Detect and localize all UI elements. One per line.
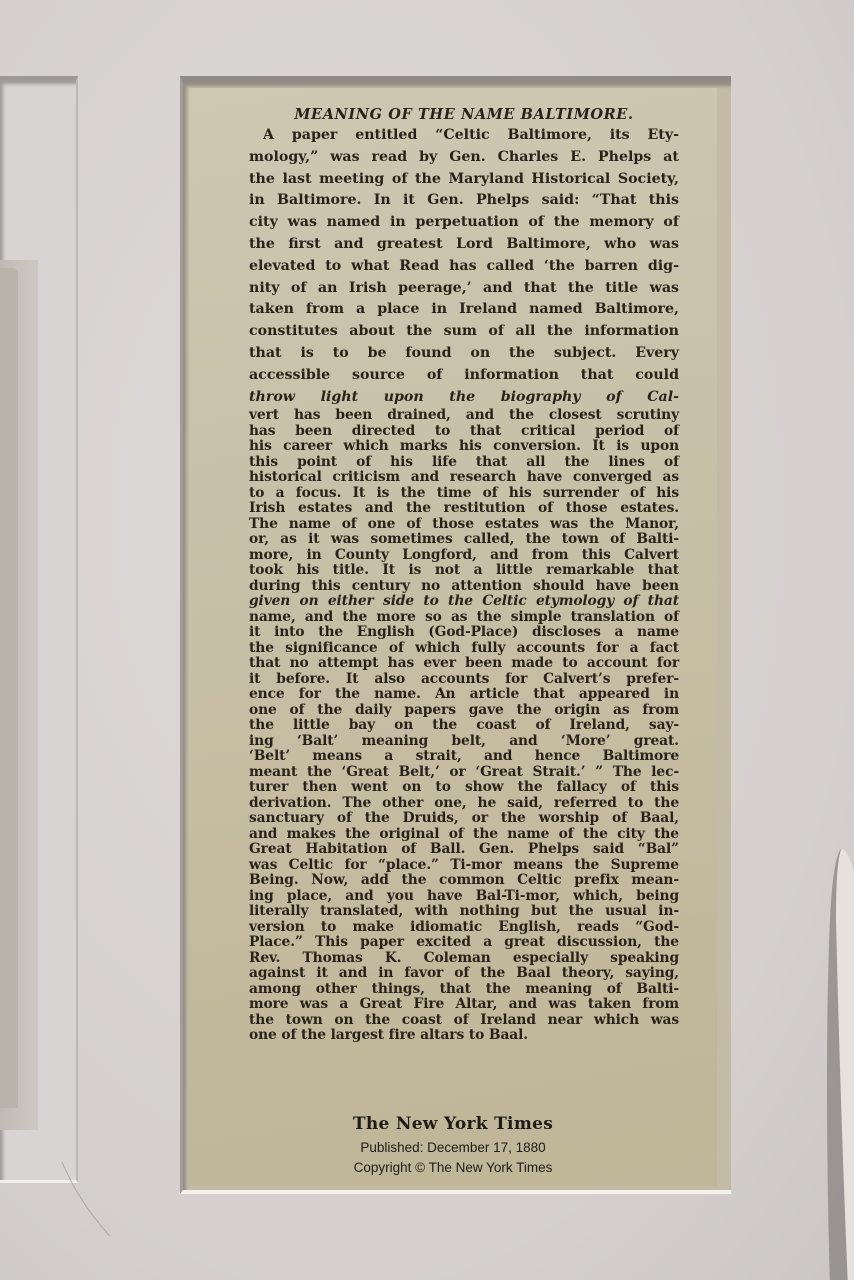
- article-line: one of the largest fire altars to Baal.: [249, 1028, 679, 1044]
- article-line: took his title. It is not a little remar…: [249, 563, 679, 579]
- article-line: constitutes about the sum of all the inf…: [249, 321, 679, 343]
- article-line: the last meeting of the Maryland Histori…: [249, 169, 679, 191]
- article-line: name, and the more so as the simple tran…: [249, 610, 679, 626]
- article-line: turer then went on to show the fallacy o…: [249, 780, 679, 796]
- article-line: his career which marks his conversion. I…: [249, 439, 679, 455]
- article-line: it before. It also accounts for Calvert’…: [249, 672, 679, 688]
- article-line: has been directed to that critical perio…: [249, 424, 679, 440]
- article-line: historical criticism and research have c…: [249, 470, 679, 486]
- article-line: against it and in favor of the Baal theo…: [249, 966, 679, 982]
- article-line: this point of his life that all the line…: [249, 455, 679, 471]
- article-line: ence for the name. An article that appea…: [249, 687, 679, 703]
- article-line: city was named in perpetuation of the me…: [249, 212, 679, 234]
- ornament-edge-icon: [826, 848, 854, 1280]
- article-line: the little bay on the coast of Ireland, …: [249, 718, 679, 734]
- article-line: the significance of which fully accounts…: [249, 641, 679, 657]
- published-date: Published: December 17, 1880: [189, 1140, 717, 1155]
- article-line: in Baltimore. In it Gen. Phelps said: “T…: [249, 190, 679, 212]
- article-line: one of the daily papers gave the origin …: [249, 703, 679, 719]
- article-line: sanctuary of the Druids, or the worship …: [249, 811, 679, 827]
- article-line: nity of an Irish peerage,’ and that the …: [249, 278, 679, 300]
- article-mat-window: MEANING OF THE NAME BALTIMORE. A paper e…: [180, 76, 731, 1194]
- article-line: more was a Great Fire Altar, and was tak…: [249, 997, 679, 1013]
- article-line: elevated to what Read has called ‘the ba…: [249, 256, 679, 278]
- article-line: The name of one of those estates was the…: [249, 517, 679, 533]
- article-line: and makes the original of the name of th…: [249, 827, 679, 843]
- left-mat-window: [0, 76, 78, 1183]
- article-line: the town on the coast of Ireland near wh…: [249, 1013, 679, 1029]
- mat-scuff-mark: [60, 1160, 120, 1240]
- article-line: A paper entitled “Celtic Baltimore, its …: [249, 125, 679, 147]
- article-line: mology,” was read by Gen. Charles E. Phe…: [249, 147, 679, 169]
- adjacent-print-image: [0, 268, 18, 1108]
- article-line: the first and greatest Lord Baltimore, w…: [249, 234, 679, 256]
- article-line: it into the English (God-Place) disclose…: [249, 625, 679, 641]
- article-line: derivation. The other one, he said, refe…: [249, 796, 679, 812]
- article-line: accessible source of information that co…: [249, 365, 679, 387]
- article-line: Irish estates and the restitution of tho…: [249, 501, 679, 517]
- article-line: taken from a place in Ireland named Balt…: [249, 299, 679, 321]
- article-line: or, as it was sometimes called, the town…: [249, 532, 679, 548]
- article-line: to a focus. It is the time of his surren…: [249, 486, 679, 502]
- article-line: meant the ‘Great Belt,’ or ‘Great Strait…: [249, 765, 679, 781]
- article-line: vert has been drained, and the closest s…: [249, 408, 679, 424]
- article-line: among other things, that the meaning of …: [249, 982, 679, 998]
- article-line: throw light upon the biography of Cal-: [249, 387, 679, 409]
- article-line: Being. Now, add the common Celtic prefix…: [249, 873, 679, 889]
- article-line: version to make idiomatic English, reads…: [249, 920, 679, 936]
- article-line: was Celtic for “place.” Ti-mor means the…: [249, 858, 679, 874]
- nyt-masthead-logo: The New York Times: [189, 1114, 717, 1134]
- article-line: that is to be found on the subject. Ever…: [249, 343, 679, 365]
- article: MEANING OF THE NAME BALTIMORE. A paper e…: [249, 106, 679, 1044]
- article-line: more, in County Longford, and from this …: [249, 548, 679, 564]
- article-line: Rev. Thomas K. Coleman especially speaki…: [249, 951, 679, 967]
- adjacent-print: [0, 260, 38, 1130]
- article-body: A paper entitled “Celtic Baltimore, its …: [249, 125, 679, 1044]
- article-line: ing place, and you have Bal-Ti-mor, whic…: [249, 889, 679, 905]
- newspaper-clipping: MEANING OF THE NAME BALTIMORE. A paper e…: [189, 88, 717, 1186]
- article-line: ing ‘Balt’ meaning belt, and ‘More’ grea…: [249, 734, 679, 750]
- article-line: Place.” This paper excited a great discu…: [249, 935, 679, 951]
- article-line: that no attempt has ever been made to ac…: [249, 656, 679, 672]
- article-headline: MEANING OF THE NAME BALTIMORE.: [249, 106, 679, 123]
- article-line: given on either side to the Celtic etymo…: [249, 594, 679, 610]
- copyright-notice: Copyright © The New York Times: [189, 1160, 717, 1175]
- article-line: Great Habitation of Ball. Gen. Phelps sa…: [249, 842, 679, 858]
- article-line: literally translated, with nothing but t…: [249, 904, 679, 920]
- article-line: ‘Belt’ means a strait, and hence Baltimo…: [249, 749, 679, 765]
- article-line: during this century no attention should …: [249, 579, 679, 595]
